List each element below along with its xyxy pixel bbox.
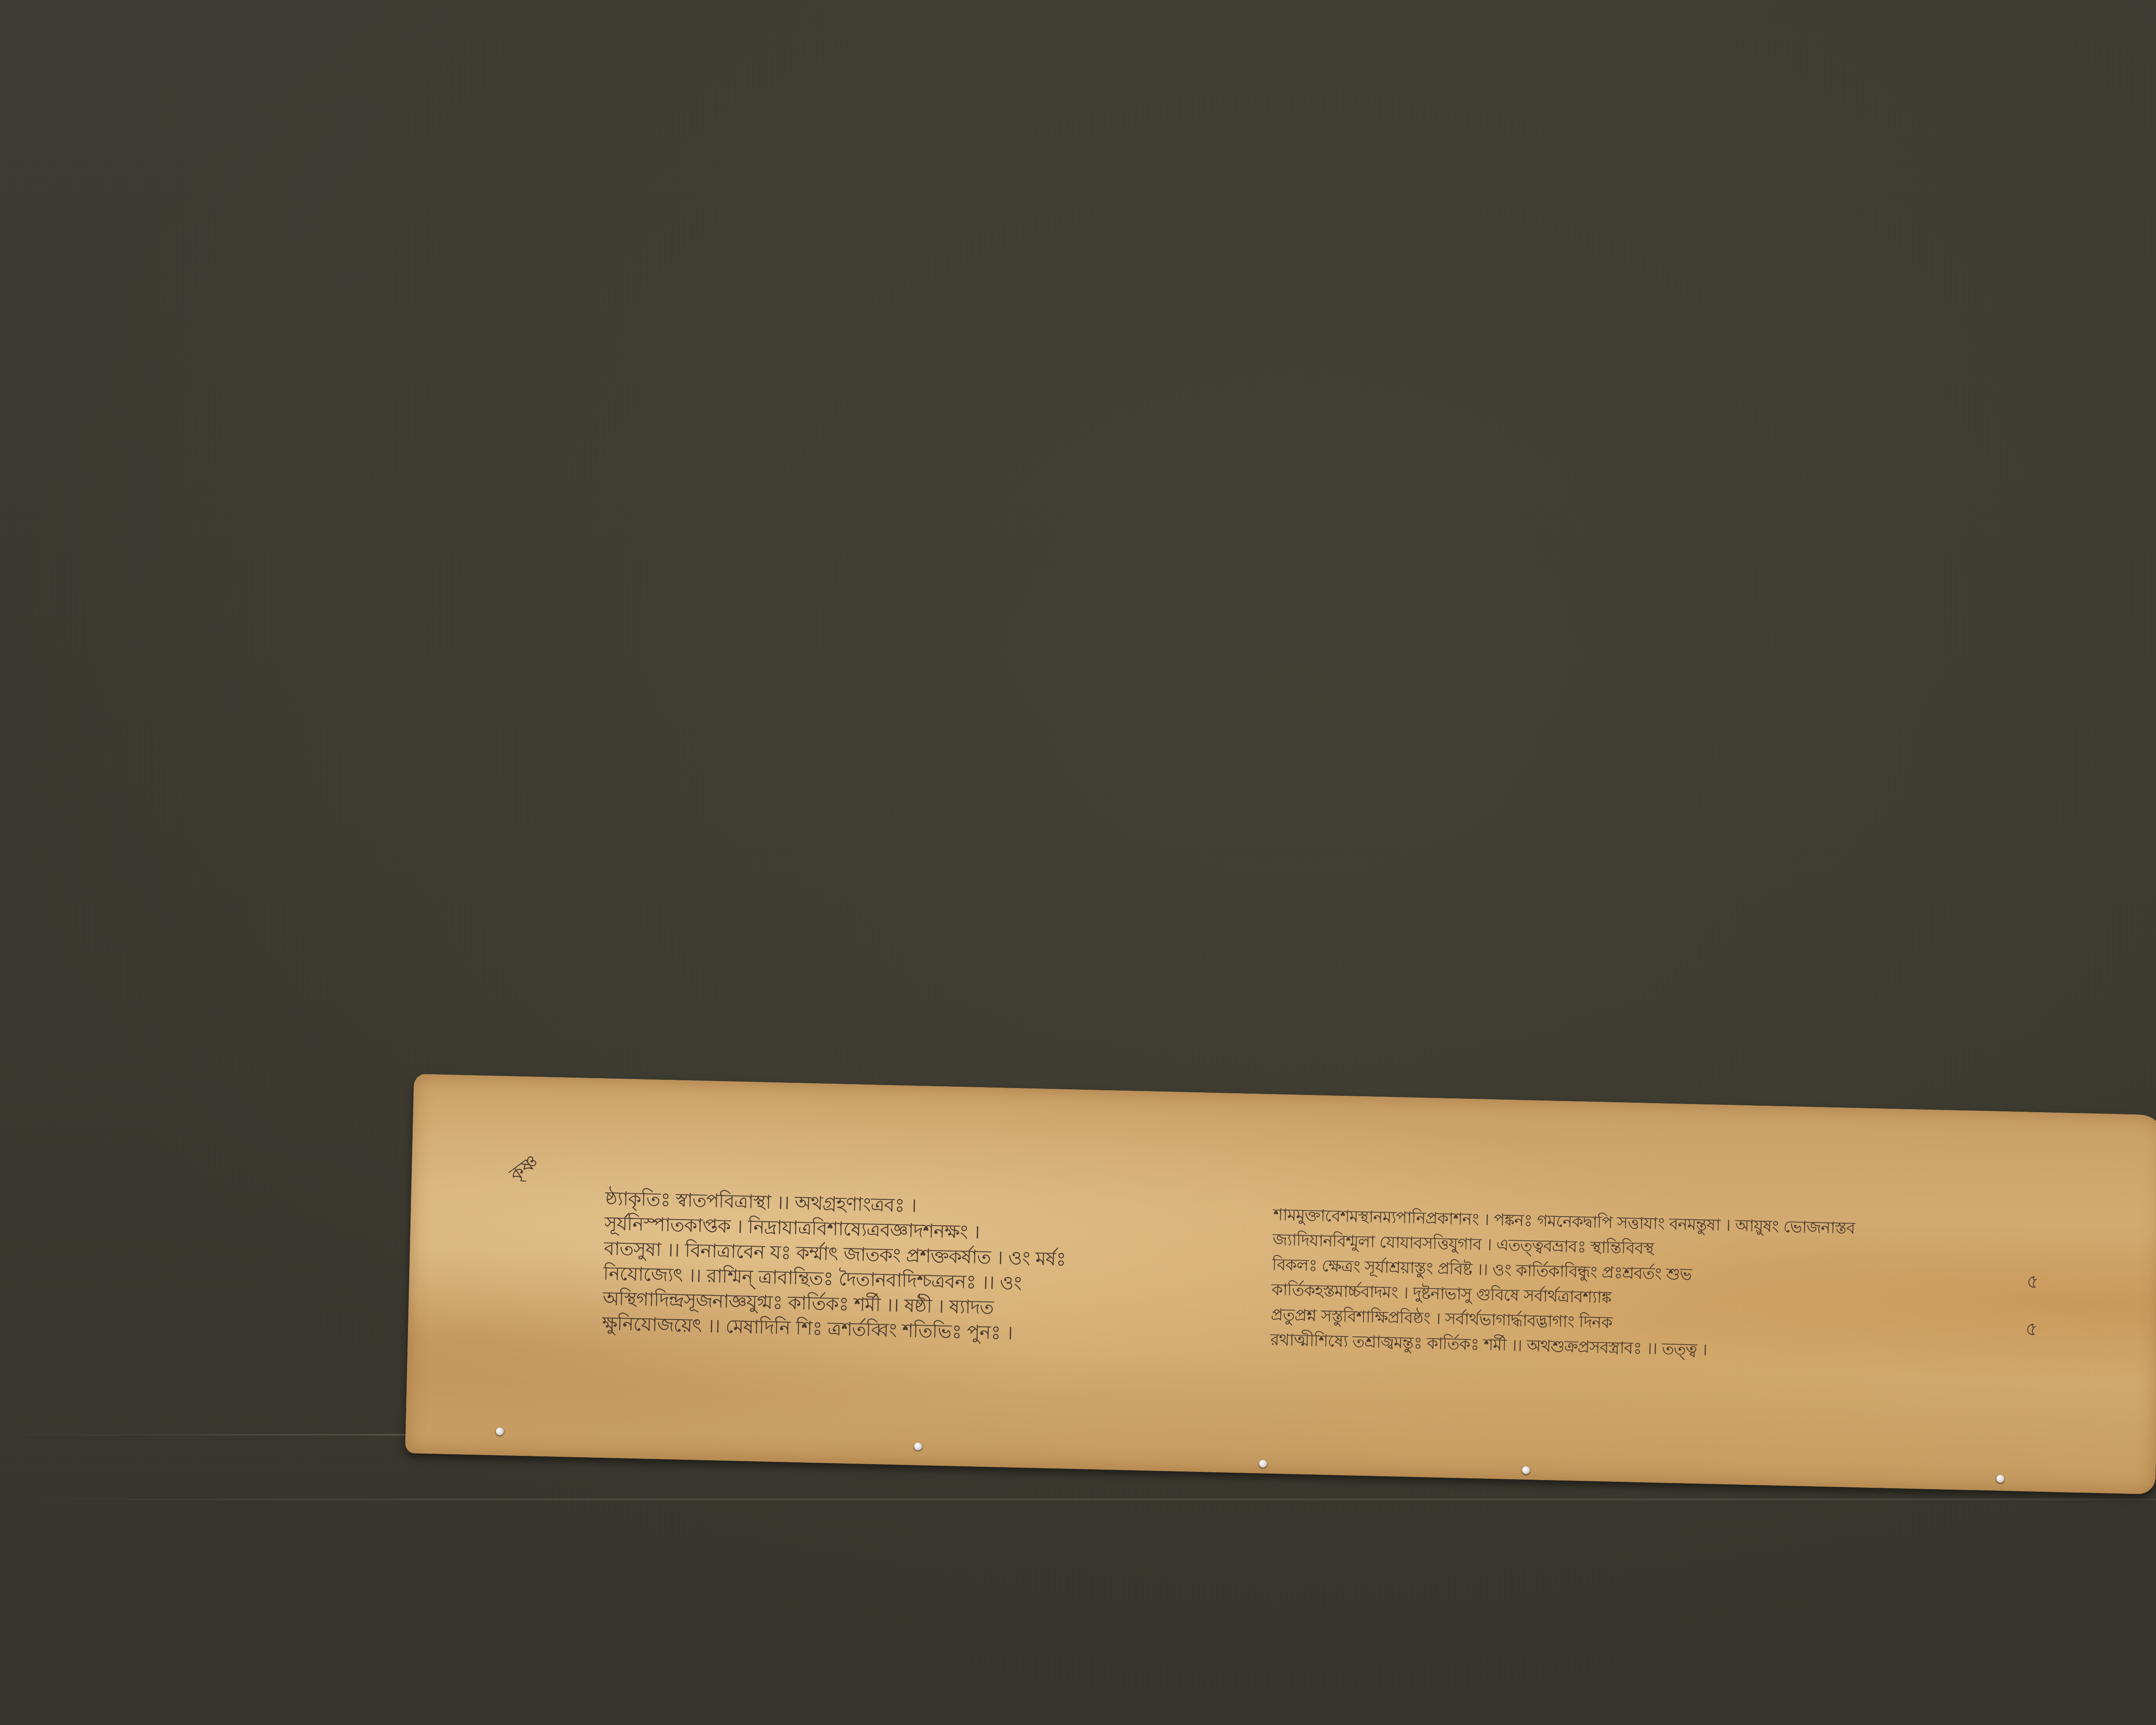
margin-annotation: কৃষ্ণ [504,1148,546,1191]
folio-number-upper: ৫ [2026,1267,2039,1299]
mounting-pin [1259,1460,1267,1468]
right-text-column: শামমুক্তাবেশমস্থানম্যপানিপ্রকাশনং । পঙ্ক… [1270,1202,1855,1366]
mounting-pin [1522,1466,1530,1474]
left-text-column: ষ্ঠ্যাকৃতিঃ স্বাতপবিত্রাস্থা ।। অথগ্রহণা… [602,1186,1067,1347]
shelf-line-lower [0,1499,2156,1500]
manuscript-leaf: কৃষ্ণ ষ্ঠ্যাকৃতিঃ স্বাতপবিত্রাস্থা ।। অথ… [405,1074,2156,1494]
folio-number-lower: ৫ [2025,1314,2038,1346]
display-background: কৃষ্ণ ষ্ঠ্যাকৃতিঃ স্বাতপবিত্রাস্থা ।। অথ… [0,0,2156,1725]
mounting-pin [914,1443,922,1450]
mounting-pin [496,1427,504,1435]
mounting-pin [1996,1475,2004,1483]
